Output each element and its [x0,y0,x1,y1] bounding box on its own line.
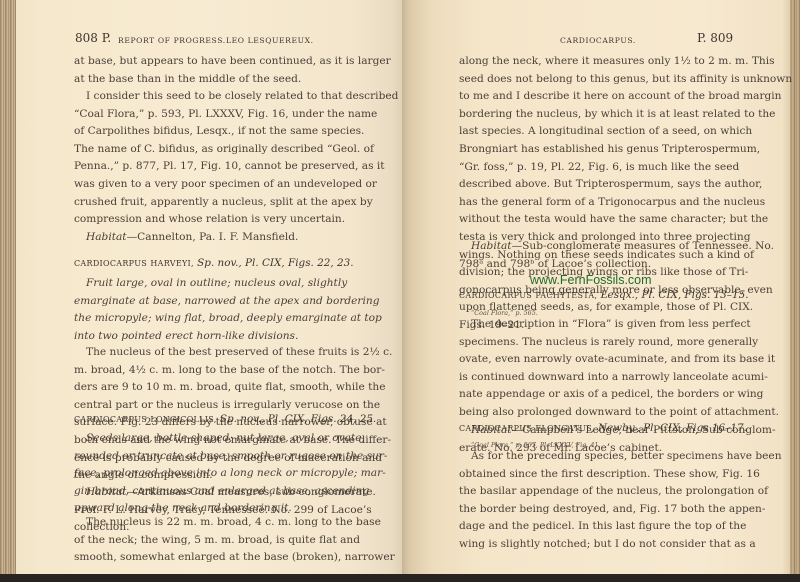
text-line: emarginate at base, narrowed at the apex… [74,293,346,311]
species-heading: Cardiocarpus elongatus, Newby., Pl. CIX,… [459,420,747,438]
citation: Lesqx., Pl. CIX, Figs. 13–15. [601,289,749,301]
text-line: at base, but appears to have been contin… [74,53,346,71]
text-line: specimens. The nucleus is rarely round, … [459,334,730,352]
species: Harveyi, [150,259,194,268]
genus: Cardiocarpus [74,259,147,268]
text-line: The nucleus of the best preserved of the… [74,344,346,362]
text-line: last species. A longitudinal section of … [459,123,730,141]
species: elongatus, [535,424,594,433]
paragraph: As for the preceding species, better spe… [459,448,730,554]
text-line: of the neck; the wing, 5 m. m. broad, is… [74,532,346,550]
text-line: The name of C. bifidus, as originally de… [74,141,346,159]
text-line: was given to a very poor specimen of an … [74,176,346,194]
watermark-link[interactable]: www.FernFossils.com [530,273,652,287]
text-line: face, prolonged above into a long neck o… [74,465,346,483]
habitat-label: Habitat [471,240,512,252]
text-line: ders are 9 to 10 m. m. broad, quite flat… [74,379,346,397]
text-line: without the testa would have the same ch… [459,211,730,229]
text-line: being also prolonged downward to the poi… [459,404,730,422]
genus: Cardiocarpus [74,415,147,424]
text-line: ovate, even narrowly ovate-acuminate, an… [459,351,730,369]
text-line: obtained since the first description. Th… [459,466,730,484]
text-line: the basilar appendage of the nucleus, th… [459,483,730,501]
text-line: I consider this seed to be closely relat… [74,88,346,106]
right-page-number: P. 809 [697,31,733,45]
text-line: described above. But Tripterospermum, sa… [459,176,730,194]
text-line: of Carpolithes bifidus, Lesqx., if not t… [74,123,346,141]
text-line: dage and the pedicel. In this last figur… [459,518,730,536]
text-line: 798ᵃ and 798ᵇ of Lacoe’s collection. [459,256,730,274]
text-line: Fruit large, oval in outline; nucleus ov… [74,275,346,293]
bottom-shadow [0,574,800,582]
citation: Sp. nov., Pl. CIX, Figs. 22, 23. [197,257,353,269]
habitat-text: —Sub-conglomerate measures of Tennessee.… [512,240,774,252]
genus: Cardiocarpus [459,291,532,300]
text-line: Habitat—Sub-conglomerate measures of Ten… [459,238,730,256]
text-line: gin broad, continuous and enlarged at ba… [74,483,346,501]
paragraph: The nucleus is 22 m. m. broad, 4 c. m. l… [74,514,346,567]
text-line: As for the preceding species, better spe… [459,448,730,466]
habitat-line: Habitat—Cannelton, Pa. I. F. Mansfield. [86,229,298,247]
species: pachytesta, [535,291,597,300]
habitat-block: Habitat—Sub-conglomerate measures of Ten… [459,238,730,273]
text-line: Penna.,” p. 877, Pl. 17, Fig. 10, cannot… [74,158,346,176]
habitat-text: —Cannelton, Pa. I. F. Mansfield. [127,231,299,243]
text-line: the micropyle; wing flat, broad, deeply … [74,310,346,328]
text-line: has the general form of a Trigonocarpus … [459,194,730,212]
text-line: is continued downward into a narrowly la… [459,369,730,387]
left-page-number: 808 P. [75,31,111,45]
text-line: Brongniart has established his genus Tri… [459,141,730,159]
text-line: “Gr. foss,” p. 19, Pl. 22, Fig. 6, is mu… [459,159,730,177]
right-running-title: CARDIOCARPUS. [560,33,636,46]
paragraph: The description in “Flora” is given from… [459,316,730,422]
paragraph: at base, but appears to have been contin… [74,53,346,88]
text-line: seed does not belong to this genus, but … [459,71,730,89]
text-line: wing is slightly notched; but I do not c… [459,536,730,554]
text-line: nate appendage or axis of a pedicel, the… [459,386,730,404]
text-line: rounded or truncate at base, smooth or r… [74,448,346,466]
page-edges [790,0,800,578]
text-line: m. broad, 4½ c. m. long to the base of t… [74,362,346,380]
species-heading: Cardiocarpus longicollis, Sp. nov., Pl. … [74,411,376,429]
text-line: into two pointed erect horn-like divisio… [74,328,346,346]
text-line: along the neck, where it measures only 1… [459,53,730,71]
text-line: to me and I describe it here on account … [459,88,730,106]
text-line: compression and whose relation is very u… [74,211,346,229]
citation: Newby., Pl. CIX, Figs 16–17. [598,422,747,434]
citation: Sp. nov., Pl. CIX, Figs. 24, 25. [220,413,376,425]
text-line: the border being destroyed, and, Fig. 17… [459,501,730,519]
species-heading: Cardiocarpus pachytesta, Lesqx., Pl. CIX… [459,287,749,305]
text-line: The nucleus is 22 m. m. broad, 4 c. m. l… [74,514,346,532]
left-running-author: LEO LESQUEREUX. [226,33,314,46]
page-edges [0,0,16,578]
text-line: smooth, somewhat enlarged at the base (b… [74,549,346,567]
text-line: bordering the nucleus, by which it is at… [459,106,730,124]
habitat-label: Habitat [86,231,127,243]
paragraph: I consider this seed to be closely relat… [74,88,346,229]
text-line: “Coal Flora,” p. 593, Pl. LXXXV, Fig. 16… [74,106,346,124]
text-line: Seeds large, bottle-shaped; nut large, o… [74,430,346,448]
text-line: at the base than in the middle of the se… [74,71,346,89]
diagnosis: Fruit large, oval in outline; nucleus ov… [74,275,346,345]
species-heading: Cardiocarpus Harveyi, Sp. nov., Pl. CIX,… [74,255,354,273]
genus: Cardiocarpus [459,424,532,433]
text-line: The description in “Flora” is given from… [459,316,730,334]
text-line: crushed fruit, apparently a nucleus, spl… [74,194,346,212]
diagnosis: Seeds large, bottle-shaped; nut large, o… [74,430,346,518]
species: longicollis, [150,415,216,424]
left-running-title: REPORT OF PROGRESS. [118,33,226,46]
